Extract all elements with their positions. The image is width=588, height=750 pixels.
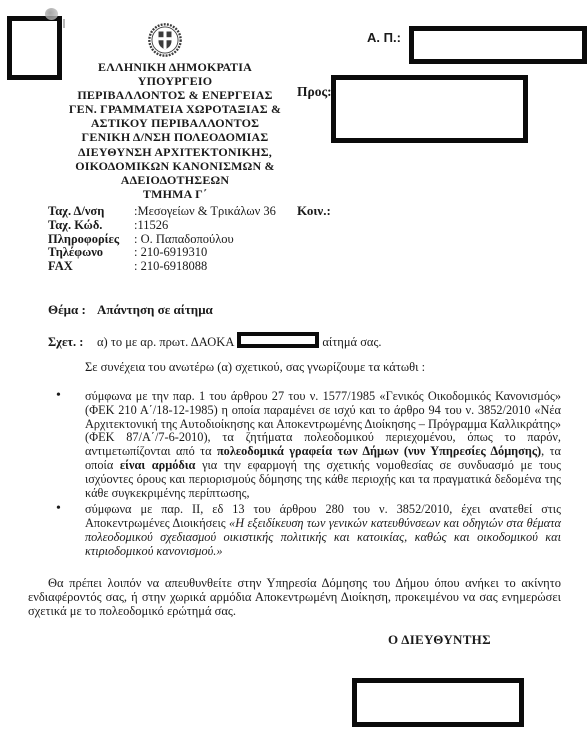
letterhead: ΕΛΛΗΝΙΚΗ ΔΗΜΟΚΡΑΤΙΑ ΥΠΟΥΡΓΕΙΟ ΠΕΡΙΒΑΛΛΟΝ… bbox=[40, 60, 310, 201]
letterhead-line: ΔΙΕΥΘΥΝΣΗ ΑΡΧΙΤΕΚΤΟΝΙΚΗΣ, bbox=[40, 145, 310, 159]
scan-artifact bbox=[45, 8, 58, 20]
bullet1-bold: πολεοδομικά γραφεία των Δήμων (νυν Υπηρε… bbox=[217, 444, 541, 458]
letterhead-line: ΕΛΛΗΝΙΚΗ ΔΗΜΟΚΡΑΤΙΑ bbox=[40, 60, 310, 74]
contact-info: Ταχ. Δ/νση :Μεσογείων & Τρικάλων 36 Ταχ.… bbox=[48, 205, 276, 274]
contact-row: Πληροφορίες : Ο. Παπαδοπούλου bbox=[48, 233, 276, 247]
closing-paragraph: Θα πρέπει λοιπόν να απευθυνθείτε στην Υπ… bbox=[28, 576, 561, 619]
contact-value: : Ο. Παπαδοπούλου bbox=[134, 233, 234, 247]
contact-value: :11526 bbox=[134, 219, 168, 233]
letterhead-line: ΠΕΡΙΒΑΛΛΟΝΤΟΣ & ΕΝΕΡΓΕΙΑΣ bbox=[40, 88, 310, 102]
subject-line: Θέμα :Απάντηση σε αίτημα bbox=[48, 302, 213, 318]
contact-label: FAX bbox=[48, 260, 134, 274]
bullet-list: σύμφωνα με την παρ. 1 του άρθρου 27 του … bbox=[48, 390, 561, 562]
protocol-number-redaction-box bbox=[409, 26, 587, 64]
contact-value: : 210-6919310 bbox=[134, 246, 207, 260]
contact-row: FAX : 210-6918088 bbox=[48, 260, 276, 274]
letterhead-line: ΤΜΗΜΑ Γ΄ bbox=[40, 187, 310, 201]
letterhead-line: ΥΠΟΥΡΓΕΙΟ bbox=[40, 74, 310, 88]
contact-value: : 210-6918088 bbox=[134, 260, 207, 274]
protocol-number-label: Α. Π.: bbox=[367, 30, 401, 45]
subject-value: Απάντηση σε αίτημα bbox=[97, 302, 213, 317]
bullet-item: σύμφωνα με παρ. ΙΙ, εδ 13 του άρθρου 280… bbox=[48, 503, 561, 558]
contact-label: Τηλέφωνο bbox=[48, 246, 134, 260]
related-line: Σχετ. :α) το με αρ. πρωτ. ΔΑΟΚΑαίτημά σα… bbox=[48, 332, 382, 350]
contact-value: :Μεσογείων & Τρικάλων 36 bbox=[134, 205, 276, 219]
contact-row: Ταχ. Κώδ. :11526 bbox=[48, 219, 276, 233]
bullet1-bold: είναι αρμόδια bbox=[120, 458, 196, 472]
letterhead-line: ΟΙΚΟΔΟΜΙΚΩΝ ΚΑΝΟΝΙΣΜΩΝ & bbox=[40, 159, 310, 173]
recipient-label: Προς: bbox=[297, 84, 332, 100]
contact-label: Ταχ. Κώδ. bbox=[48, 219, 134, 233]
signature-redaction-box bbox=[352, 678, 524, 727]
contact-label: Πληροφορίες bbox=[48, 233, 134, 247]
related-text-after: αίτημά σας. bbox=[322, 335, 381, 349]
related-text-before: α) το με αρ. πρωτ. ΔΑΟΚΑ bbox=[97, 335, 234, 349]
scan-artifact bbox=[63, 19, 65, 28]
signature-title: Ο ΔΙΕΥΘΥΝΤΗΣ bbox=[388, 632, 491, 648]
cc-label: Κοιν.: bbox=[297, 203, 331, 219]
letterhead-line: ΓΕΝ. ΓΡΑΜΜΑΤΕΙΑ ΧΩΡΟΤΑΞΙΑΣ & bbox=[40, 102, 310, 116]
subject-label: Θέμα : bbox=[48, 302, 97, 318]
bullet-item: σύμφωνα με την παρ. 1 του άρθρου 27 του … bbox=[48, 390, 561, 500]
contact-label: Ταχ. Δ/νση bbox=[48, 205, 134, 219]
letterhead-line: ΑΔΕΙΟΔΟΤΗΣΕΩΝ bbox=[40, 173, 310, 187]
letterhead-line: ΓΕΝΙΚΗ Δ/ΝΣΗ ΠΟΛΕΟΔΟΜΙΑΣ bbox=[40, 130, 310, 144]
contact-row: Ταχ. Δ/νση :Μεσογείων & Τρικάλων 36 bbox=[48, 205, 276, 219]
letterhead-line: ΑΣΤΙΚΟΥ ΠΕΡΙΒΑΛΛΟΝΤΟΣ bbox=[40, 116, 310, 130]
related-redaction-box bbox=[237, 332, 319, 348]
document-page: ΕΛΛΗΝΙΚΗ ΔΗΜΟΚΡΑΤΙΑ ΥΠΟΥΡΓΕΙΟ ΠΕΡΙΒΑΛΛΟΝ… bbox=[0, 0, 588, 750]
intro-paragraph: Σε συνέχεια του ανωτέρω (α) σχετικού, σα… bbox=[48, 360, 560, 375]
related-label: Σχετ. : bbox=[48, 335, 97, 350]
contact-row: Τηλέφωνο : 210-6919310 bbox=[48, 246, 276, 260]
recipient-redaction-box bbox=[331, 75, 528, 143]
greek-coat-of-arms-icon bbox=[147, 22, 183, 58]
